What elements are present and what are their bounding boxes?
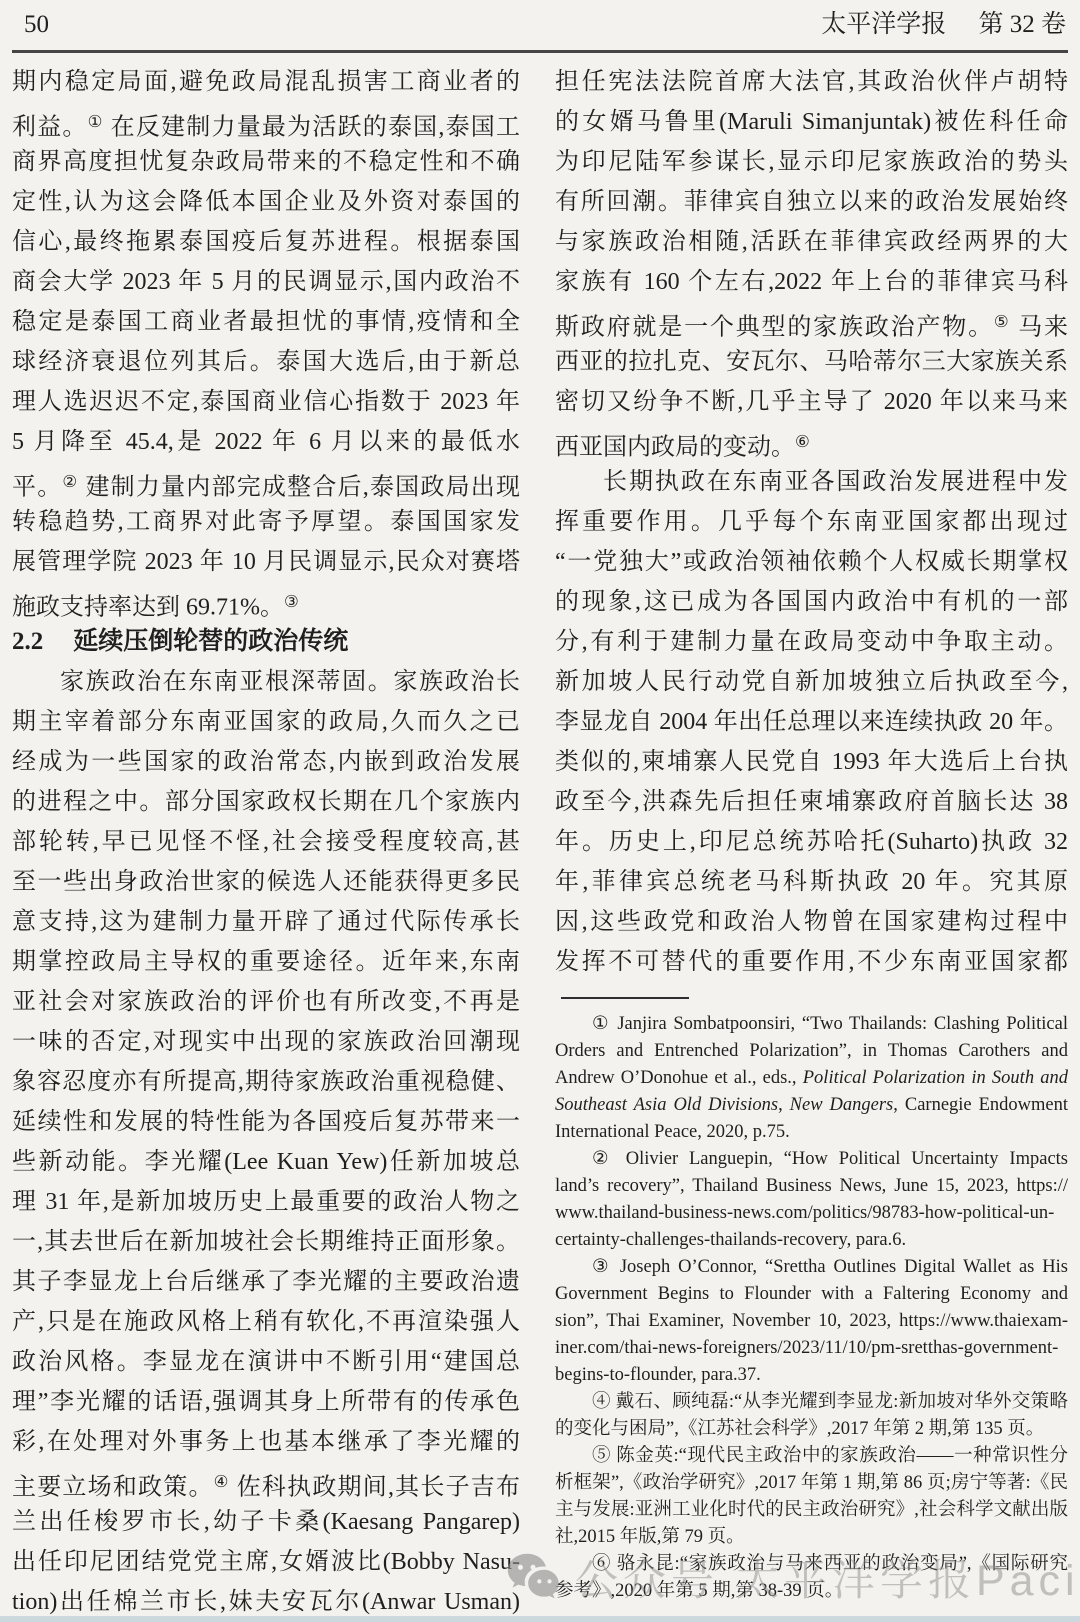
body-line: 担任宪法法院首席大法官,其政治伙伴卢胡特 — [555, 62, 1068, 102]
body-line: 密切又纷争不断,几乎主导了 2020 年以来马来 — [555, 382, 1068, 422]
body-line: 部轮转,早已见怪不怪,社会接受程度较高,甚 — [12, 822, 520, 862]
body-line: 球经济衰退位列其后。泰国大选后,由于新总 — [12, 342, 520, 382]
body-line: 施政支持率达到 69.71%。③ — [12, 582, 520, 622]
body-line: 出任印尼团结党党主席,女婿波比(Bobby Nasu- — [12, 1542, 520, 1582]
body-line: 一味的否定,对现实中出现的家族政治回潮现 — [12, 1022, 520, 1062]
body-line: 兰出任梭罗市长,幼子卡桑(Kaesang Pangarep) — [12, 1502, 520, 1542]
right-column: 担任宪法法院首席大法官,其政治伙伴卢胡特的女婿马鲁里(Maruli Simanj… — [555, 62, 1068, 1622]
body-line: 利益。① 在反建制力量最为活跃的泰国,泰国工 — [12, 102, 520, 142]
body-line: “一党独大”或政治领袖依赖个人权威长期掌权 — [555, 542, 1068, 582]
body-line: 政治风格。李显龙在演讲中不断引用“建国总 — [12, 1342, 520, 1382]
body-line: 新加坡人民行动党自新加坡独立后执政至今, — [555, 662, 1068, 702]
citation-text: , — [778, 1095, 790, 1115]
body-line: 家族有 160 个左右,2022 年上台的菲律宾马科 — [555, 262, 1068, 302]
body-line: 西亚的拉扎克、安瓦尔、马哈蒂尔三大家族关系 — [555, 342, 1068, 382]
body-line: 斯政府就是一个典型的家族政治产物。⑤ 马来 — [555, 302, 1068, 342]
body-line: 挥重要作用。几乎每个东南亚国家都出现过 — [555, 502, 1068, 542]
body-line: 些新动能。李光耀(Lee Kuan Yew)任新加坡总 — [12, 1142, 520, 1182]
body-line: 政至今,洪森先后担任柬埔寨政府首脑长达 38 — [555, 782, 1068, 822]
footnote-marker: ② — [62, 472, 78, 491]
volume-label: 第 32 卷 — [978, 11, 1066, 38]
footnote-line: ② Olivier Languepin, “How Political Unce… — [555, 1146, 1068, 1173]
body-line: 为印尼陆军参谋长,显示印尼家族政治的势头 — [555, 142, 1068, 182]
footnote-line: ① Janjira Sombatpoonsiri, “Two Thailands… — [555, 1011, 1068, 1038]
footnote-line: 参考》,2020 年第 5 期,第 38-39 页。 — [555, 1578, 1068, 1605]
footnote-line: www.thailand-business-news.com/politics/… — [555, 1200, 1068, 1227]
italic-citation-text: Political Polarization in South and — [803, 1068, 1068, 1088]
body-line: 5 月降至 45.4,是 2022 年 6 月以来的最低水 — [12, 422, 520, 462]
body-line: 长期执政在东南亚各国政治发展进程中发 — [555, 462, 1068, 502]
body-line: 亚社会对家族政治的评价也有所改变,不再是 — [12, 982, 520, 1022]
footnote-separator — [561, 997, 689, 999]
body-line: 至一些出身政治世家的候选人还能获得更多民 — [12, 862, 520, 902]
left-column: 期内稳定局面,避免政局混乱损害工商业者的利益。① 在反建制力量最为活跃的泰国,泰… — [12, 62, 520, 1622]
two-column-body: 期内稳定局面,避免政局混乱损害工商业者的利益。① 在反建制力量最为活跃的泰国,泰… — [12, 62, 1068, 1622]
body-line: 期内稳定局面,避免政局混乱损害工商业者的 — [12, 62, 520, 102]
body-line: 分,有利于建制力量在政局变动中争取主动。 — [555, 622, 1068, 662]
footnote-line: begins-to-flounder, para.37. — [555, 1362, 1068, 1389]
footnote-line: sion”, Thai Examiner, November 10, 2023,… — [555, 1308, 1068, 1335]
body-line: 平。② 建制力量内部完成整合后,泰国政局出现 — [12, 462, 520, 502]
footnote-line: land’s recovery”, Thailand Business News… — [555, 1173, 1068, 1200]
body-line: 的女婿马鲁里(Maruli Simanjuntak)被佐科任命 — [555, 102, 1068, 142]
body-line: 转稳趋势,工商界对此寄予厚望。泰国国家发 — [12, 502, 520, 542]
body-line: 展管理学院 2023 年 10 月民调显示,民众对赛塔 — [12, 542, 520, 582]
body-line: 年。历史上,印尼总统苏哈托(Suharto)执政 32 — [555, 822, 1068, 862]
body-line: 与家族政治相随,活跃在菲律宾政经两界的大 — [555, 222, 1068, 262]
body-line: 期掌控政局主导权的重要途径。近年来,东南 — [12, 942, 520, 982]
body-line: 的现象,这已成为各国国内政治中有机的一部 — [555, 582, 1068, 622]
footnote-line: Southeast Asia Old Divisions, New Danger… — [555, 1092, 1068, 1119]
body-line: 意支持,这为建制力量开辟了通过代际传承长 — [12, 902, 520, 942]
footnote-marker: ③ — [284, 592, 299, 611]
footnote-line: certainty-challenges-thailands-recovery,… — [555, 1227, 1068, 1254]
footnote-line: Government Begins to Flounder with a Fal… — [555, 1281, 1068, 1308]
body-line: 有所回潮。菲律宾自独立以来的政治发展始终 — [555, 182, 1068, 222]
page-header: 50 太平洋学报 第 32 卷 — [24, 8, 1066, 42]
body-line: 理”李光耀的话语,强调其身上所带有的传承色 — [12, 1382, 520, 1422]
body-line: 定性,认为这会降低本国企业及外资对泰国的 — [12, 182, 520, 222]
body-line: 产,只是在施政风格上稍有软化,不再渲染强人 — [12, 1302, 520, 1342]
body-line: 的进程之中。部分国家政权长期在几个家族内 — [12, 782, 520, 822]
footnote-line: 的变化与困局”,《江苏社会科学》,2017 年第 2 期,第 135 页。 — [555, 1416, 1068, 1443]
footnote-line: ⑤ 陈金英:“现代民主政治中的家族政治——一种常识性分 — [555, 1443, 1068, 1470]
bottom-edge-bar — [0, 1616, 1080, 1622]
body-line: 家族政治在东南亚根深蒂固。家族政治长 — [12, 662, 520, 702]
body-line: 信心,最终拖累泰国疫后复苏进程。根据泰国 — [12, 222, 520, 262]
page-number: 50 — [24, 8, 49, 42]
body-line: 延续性和发展的特性能为各国疫后复苏带来一 — [12, 1102, 520, 1142]
section-title: 延续压倒轮替的政治传统 — [73, 628, 348, 655]
footnote-line: 析框架”,《政治学研究》,2017 年第 1 期,第 86 页;房宁等著:《民 — [555, 1470, 1068, 1497]
body-line: 类似的,柬埔寨人民党自 1993 年大选后上台执 — [555, 742, 1068, 782]
body-line: 主要立场和政策。④ 佐科执政期间,其长子吉布 — [12, 1462, 520, 1502]
footnote-line: Andrew O’Donohue et al., eds., Political… — [555, 1065, 1068, 1092]
body-line: 发挥不可替代的重要作用,不少东南亚国家都 — [555, 942, 1068, 982]
footnote-marker: ⑥ — [795, 432, 810, 451]
footnote-line: International Peace, 2020, p.75. — [555, 1119, 1068, 1146]
body-line: 理 31 年,是新加坡历史上最重要的政治人物之 — [12, 1182, 520, 1222]
body-line: 彩,在处理对外事务上也基本继承了李光耀的 — [12, 1422, 520, 1462]
citation-text: Andrew O’Donohue et al., eds., — [555, 1068, 803, 1088]
section-heading: 2.2延续压倒轮替的政治传统 — [12, 622, 520, 662]
footnote-line: ⑥ 骆永昆:“家族政治与马来西亚的政治变局”,《国际研究 — [555, 1551, 1068, 1578]
section-number: 2.2 — [12, 628, 43, 655]
italic-citation-text: Southeast Asia Old Divisions — [555, 1095, 778, 1115]
footnote-line: ④ 戴石、顾纯磊:“从李光耀到李显龙:新加坡对华外交策略 — [555, 1389, 1068, 1416]
header-rule — [12, 50, 1068, 53]
body-line: 商会大学 2023 年 5 月的民调显示,国内政治不 — [12, 262, 520, 302]
body-line: 其子李显龙上台后继承了李光耀的主要政治遗 — [12, 1262, 520, 1302]
body-line: 商界高度担忧复杂政局带来的不稳定性和不确 — [12, 142, 520, 182]
body-line: 年,菲律宾总统老马科斯执政 20 年。究其原 — [555, 862, 1068, 902]
body-line: 西亚国内政局的变动。⑥ — [555, 422, 1068, 462]
body-line: 象容忍度亦有所提高,期待家族政治重视稳健、 — [12, 1062, 520, 1102]
journal-page: 50 太平洋学报 第 32 卷 期内稳定局面,避免政局混乱损害工商业者的利益。①… — [0, 0, 1080, 1622]
body-line: 稳定是泰国工商业者最担忧的事情,疫情和全 — [12, 302, 520, 342]
body-line: 一,其去世后在新加坡社会长期维持正面形象。 — [12, 1222, 520, 1262]
footnote-line: iner.com/thai-news-foreigners/2023/11/10… — [555, 1335, 1068, 1362]
footnote-line: Orders and Entrenched Polarization”, in … — [555, 1038, 1068, 1065]
body-line: 理人选迟迟不定,泰国商业信心指数于 2023 年 — [12, 382, 520, 422]
italic-citation-text: New Dangers — [790, 1095, 894, 1115]
footnote-line: 主与发展:亚洲工业化时代的民主政治研究》,社会科学文献出版 — [555, 1497, 1068, 1524]
running-head: 太平洋学报 第 32 卷 — [795, 8, 1066, 42]
footnote-line: 社,2015 年版,第 79 页。 — [555, 1524, 1068, 1551]
footnote-marker: ④ — [214, 1472, 230, 1491]
body-line: 期主宰着部分东南亚国家的政局,久而久之已 — [12, 702, 520, 742]
footnote-marker: ⑤ — [994, 312, 1010, 331]
journal-title: 太平洋学报 — [821, 11, 946, 38]
body-line: 李显龙自 2004 年出任总理以来连续执政 20 年。 — [555, 702, 1068, 742]
body-line: 经成为一些国家的政治常态,内嵌到政治发展 — [12, 742, 520, 782]
footnote-marker: ① — [88, 112, 104, 131]
footnote-line: ③ Joseph O’Connor, “Srettha Outlines Dig… — [555, 1254, 1068, 1281]
body-line: 因,这些政党和政治人物曾在国家建构过程中 — [555, 902, 1068, 942]
